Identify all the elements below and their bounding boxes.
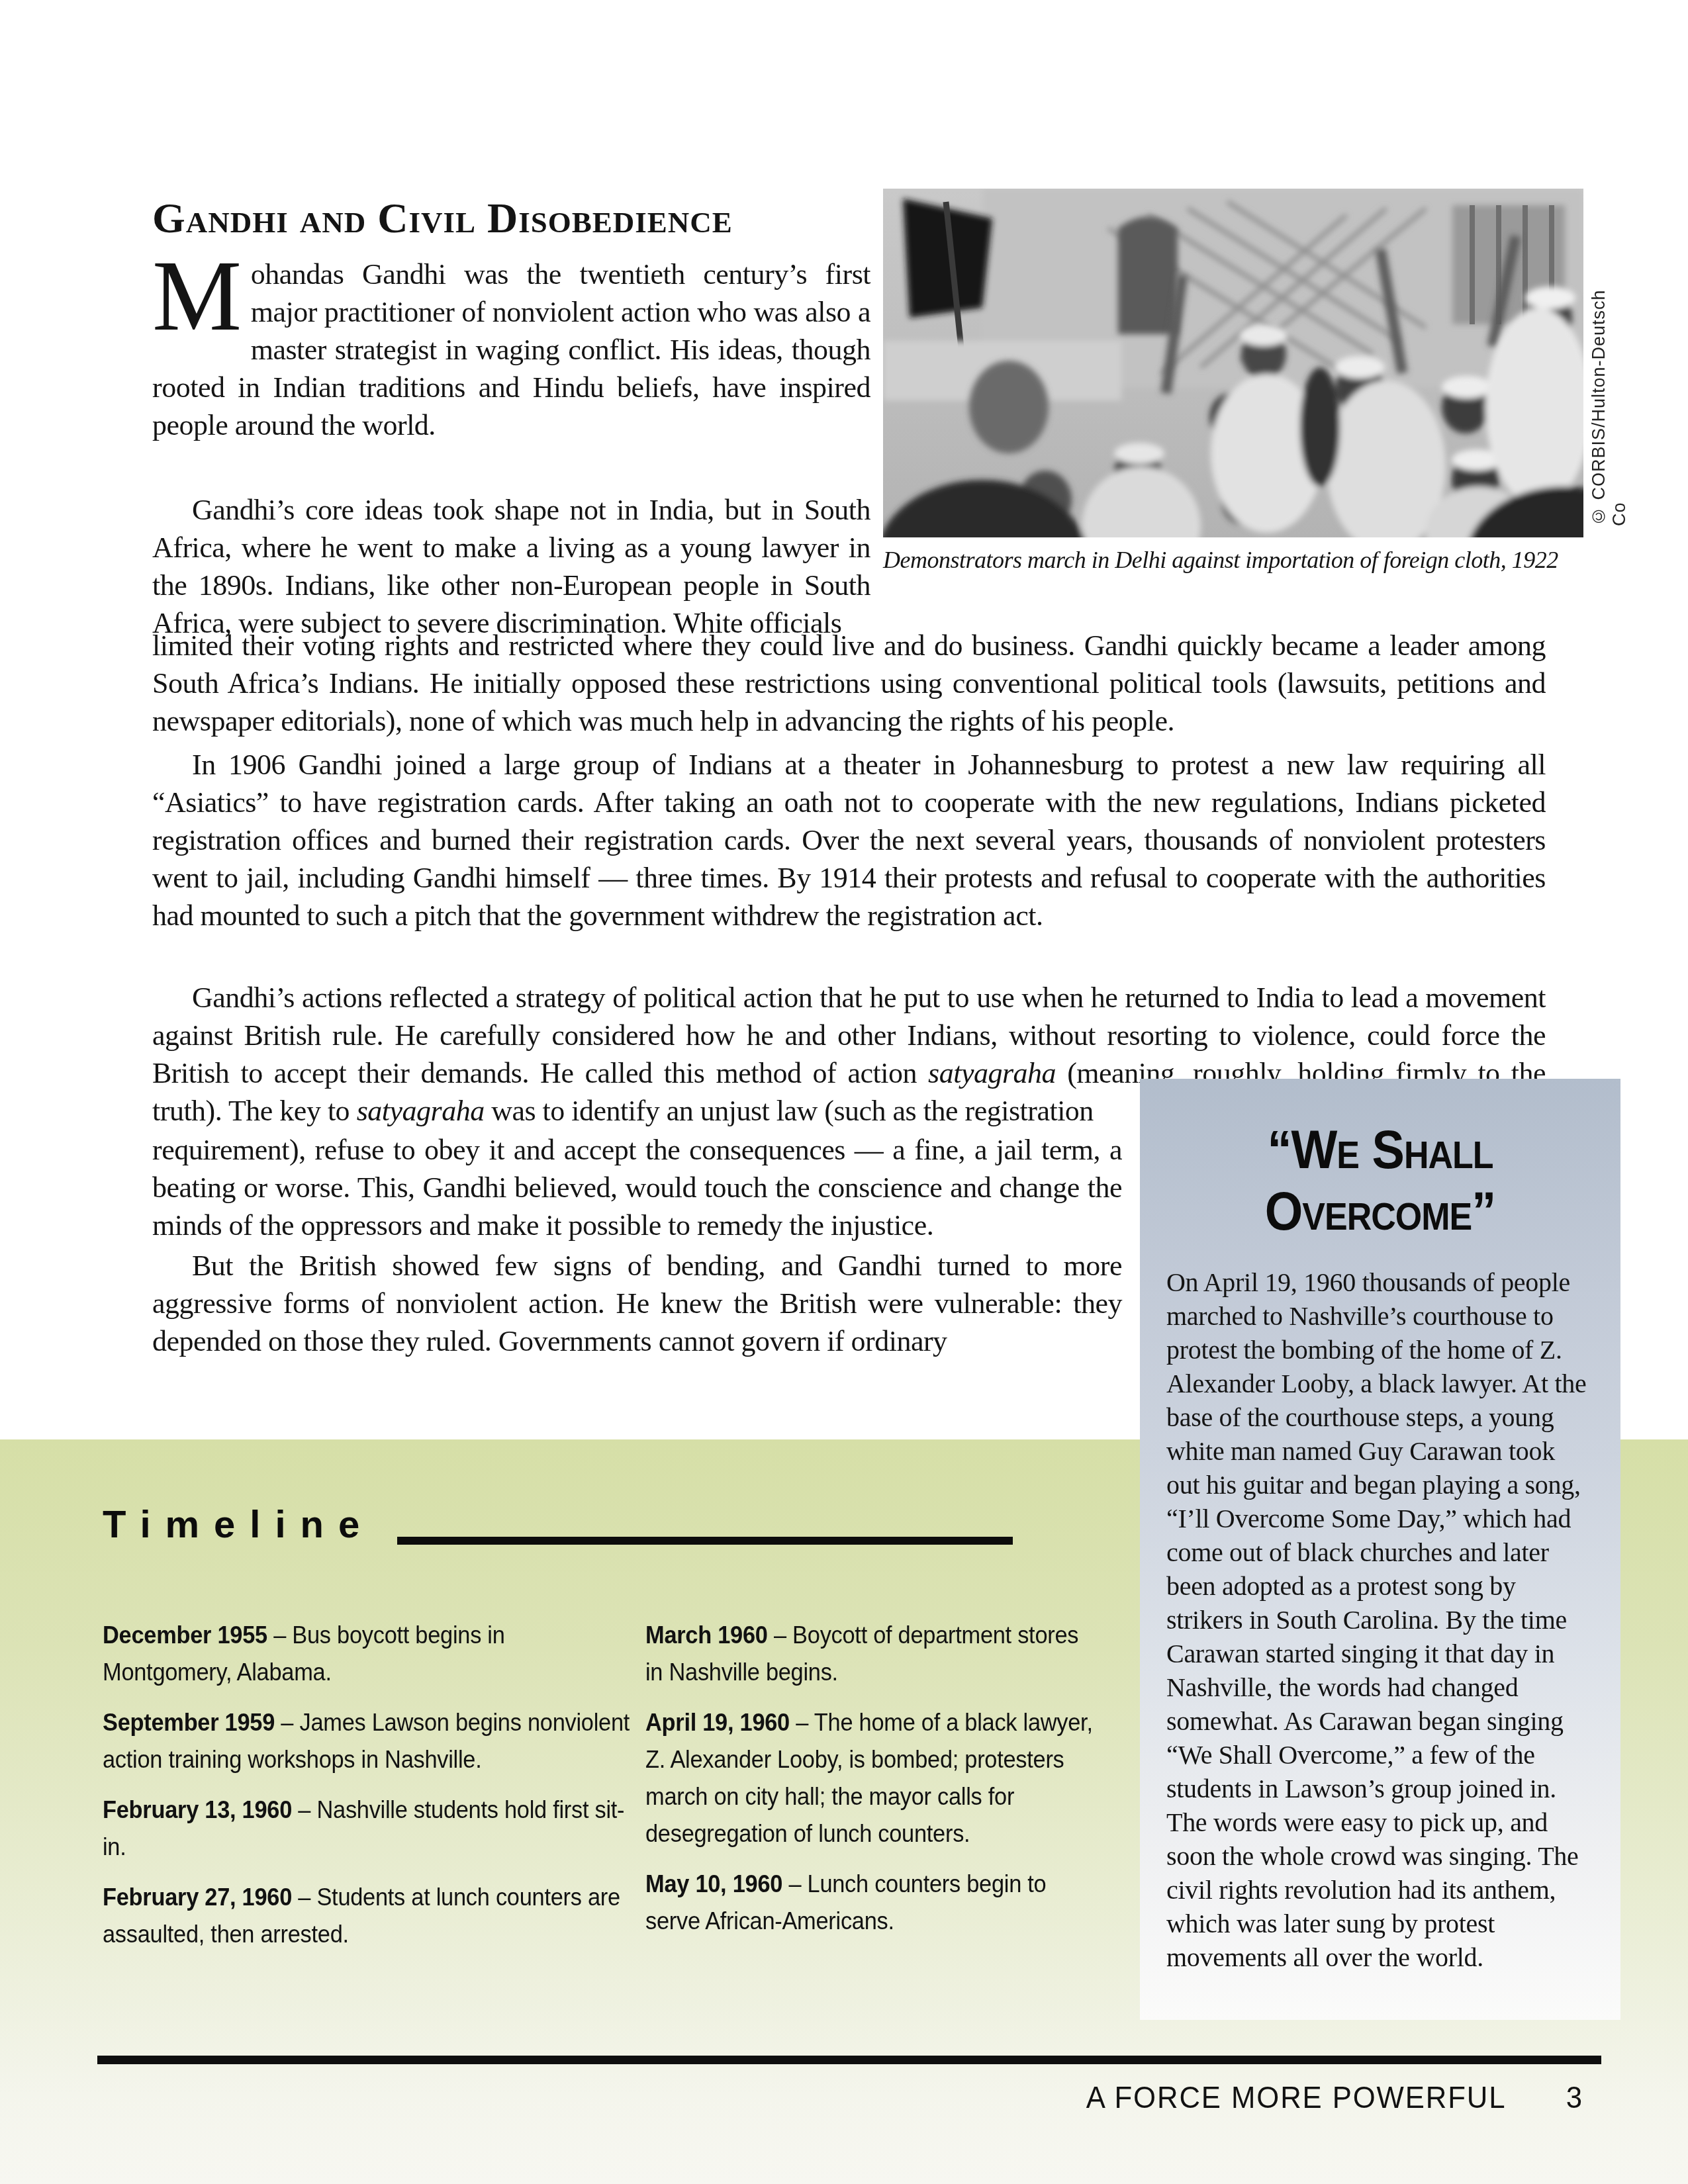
timeline-heading-rule: [397, 1537, 1013, 1545]
timeline-entry: December 1955 – Bus boycott begins in Mo…: [103, 1617, 632, 1691]
photo-caption: Demonstrators march in Delhi against imp…: [883, 545, 1617, 574]
sidebar-title: “We Shall Overcome”: [1153, 1118, 1607, 1242]
document-page: Gandhi and Civil Disobedience Mohandas G…: [0, 0, 1688, 2184]
page-footer: A FORCE MORE POWERFUL3: [79, 2079, 1583, 2115]
timeline-entry: February 27, 1960 – Students at lunch co…: [103, 1879, 632, 1953]
footer-page-number: 3: [1566, 2079, 1583, 2115]
paragraph-british-response: But the British showed few signs of bend…: [152, 1247, 1122, 1360]
timeline-entry-date: May 10, 1960: [645, 1870, 782, 1897]
paragraph-intro-text: ohandas Gandhi was the twentieth century…: [152, 258, 870, 441]
sidebar-body: On April 19, 1960 thousands of people ma…: [1166, 1265, 1594, 1974]
timeline-heading: Timeline: [103, 1502, 374, 1547]
paragraph-intro: Mohandas Gandhi was the twentieth centur…: [152, 255, 870, 444]
timeline-entry: February 13, 1960 – Nashville students h…: [103, 1792, 632, 1866]
photo-credit: © CORBIS/Hulton-Deutsch Co: [1589, 281, 1630, 526]
timeline-right-column: March 1960 – Boycott of department store…: [645, 1617, 1101, 1953]
timeline-entry-date: April 19, 1960: [645, 1709, 790, 1736]
timeline-left-column: December 1955 – Bus boycott begins in Mo…: [103, 1617, 632, 1966]
timeline-entry-date: March 1960: [645, 1621, 768, 1649]
paragraph-satyagraha-continued: requirement), refuse to obey it and acce…: [152, 1131, 1122, 1244]
paragraph-south-africa: Gandhi’s core ideas took shape not in In…: [152, 491, 870, 642]
timeline-entry-dash: –: [275, 1709, 299, 1736]
timeline-entry-dash: –: [292, 1884, 316, 1911]
timeline-entry: March 1960 – Boycott of department store…: [645, 1617, 1101, 1691]
timeline-entry-date: February 13, 1960: [103, 1796, 292, 1823]
timeline-entry-dash: –: [790, 1709, 814, 1736]
timeline-entry-date: December 1955: [103, 1621, 267, 1649]
timeline-entry: May 10, 1960 – Lunch counters begin to s…: [645, 1866, 1101, 1940]
drop-cap: M: [152, 259, 242, 332]
paragraph-south-africa-continued: limited their voting rights and restrict…: [152, 627, 1546, 740]
timeline-entry-date: February 27, 1960: [103, 1884, 292, 1911]
timeline-entry-dash: –: [267, 1621, 292, 1649]
timeline-entry-dash: –: [768, 1621, 792, 1649]
timeline-entry: April 19, 1960 – The home of a black law…: [645, 1704, 1101, 1852]
photo-figure: © CORBIS/Hulton-Deutsch Co Demonstrators…: [883, 189, 1618, 574]
photo-demonstrators: [883, 189, 1583, 537]
footer-rule: [97, 2056, 1601, 2064]
timeline-entry-date: September 1959: [103, 1709, 275, 1736]
photo-demonstrators-image: [883, 189, 1583, 537]
paragraph-1906-protest: In 1906 Gandhi joined a large group of I…: [152, 746, 1546, 934]
footer-book-title: A FORCE MORE POWERFUL: [1086, 2080, 1507, 2115]
sidebar-we-shall-overcome: “We Shall Overcome” On April 19, 1960 th…: [1140, 1079, 1620, 2020]
timeline-entry-dash: –: [292, 1796, 316, 1823]
timeline-entry: September 1959 – James Lawson begins non…: [103, 1704, 632, 1778]
timeline-entry-dash: –: [782, 1870, 807, 1897]
